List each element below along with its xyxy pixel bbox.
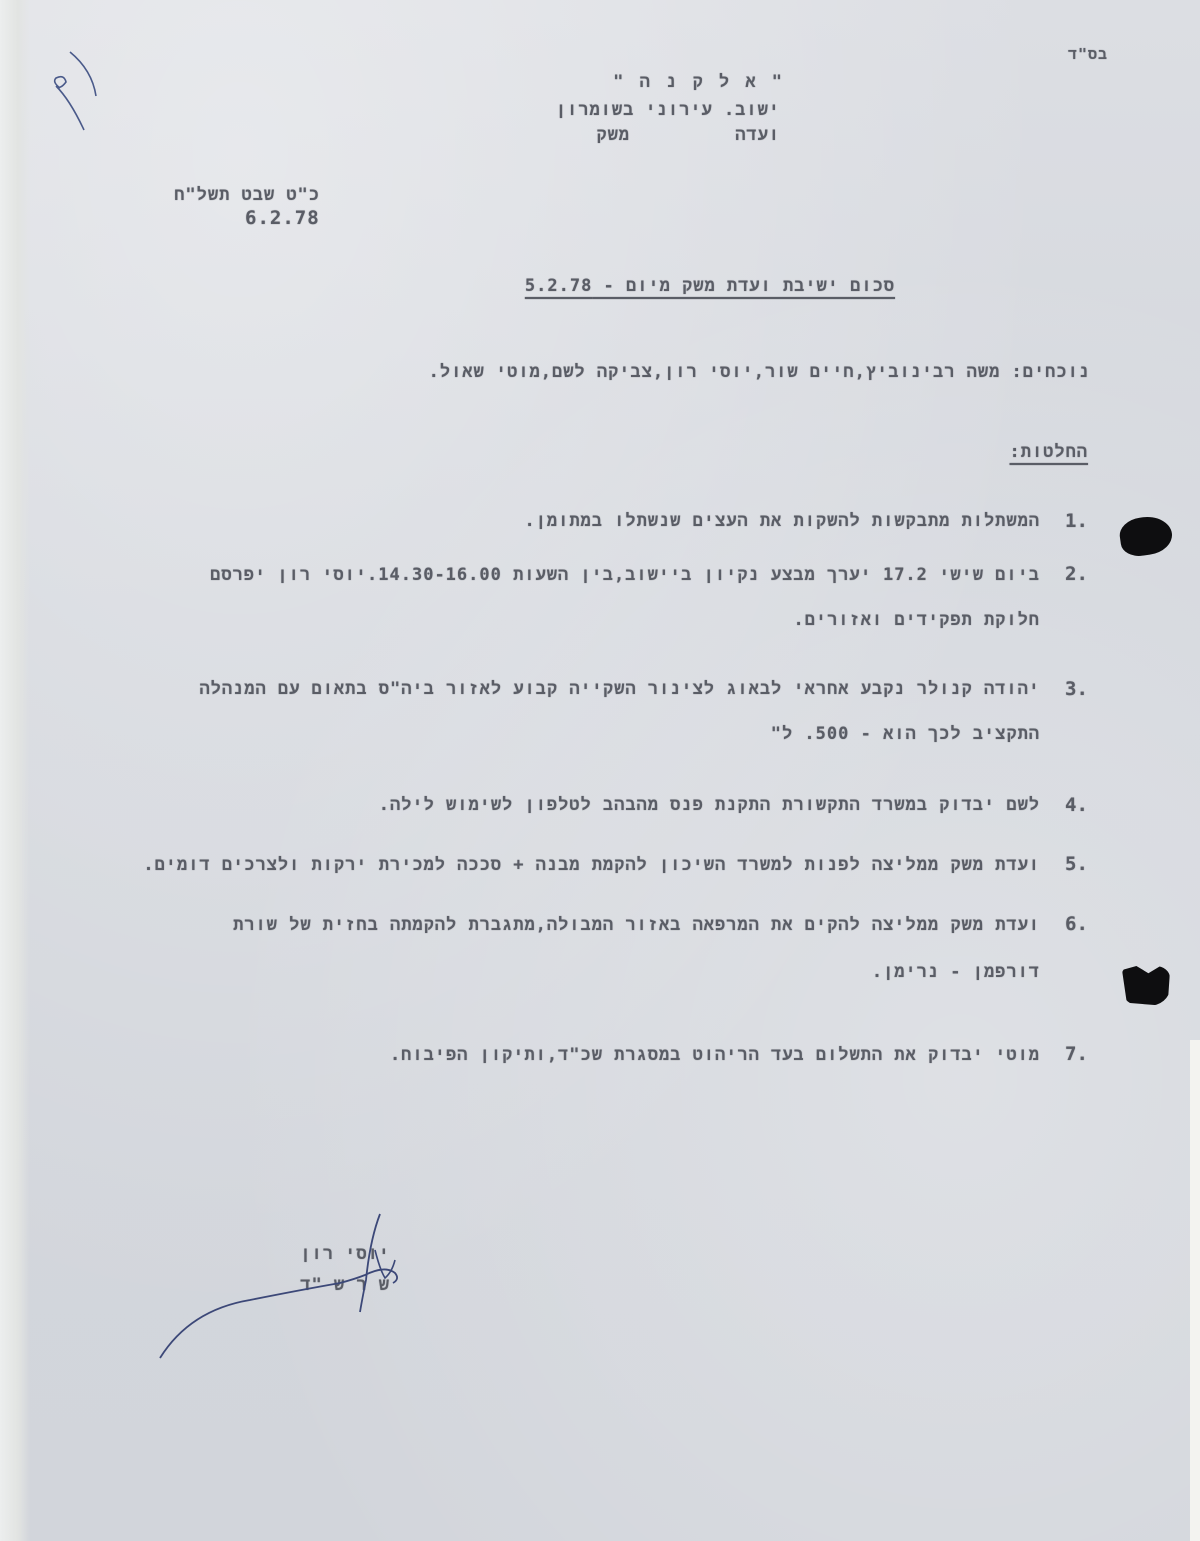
item-number: 5.: [1065, 853, 1088, 875]
letterhead-subtitle: ישוב. עירוני בשומרון: [556, 100, 780, 121]
attendees-line: נוכחים: משה רבינוביץ,חיים שור,יוסי רון,צ…: [429, 362, 1090, 383]
item-number: 4.: [1065, 794, 1088, 816]
attendees-label: נוכחים:: [1012, 362, 1090, 382]
decision-item-2-line-1: ביום שישי 17.2 יערך מבצע נקיון ביישוב,בי…: [210, 565, 1040, 586]
decision-item-2-line-2: חלוקת תפקידים ואזורים.: [793, 610, 1040, 631]
date-gregorian: 6.2.78: [245, 207, 320, 229]
item-number: 7.: [1065, 1043, 1088, 1065]
date-hebrew: כ"ט שבט תשל"ח: [174, 185, 320, 206]
decision-item-3-line-1: יהודה קנולר נקבע אחראי לבאוג לצינור השקי…: [199, 679, 1040, 700]
item-number: 6.: [1065, 913, 1088, 935]
punch-hole-mark: [1122, 966, 1170, 1006]
signature-typed-role: ש ר ש "ד: [300, 1275, 390, 1296]
handwriting-ink: [0, 0, 1200, 1541]
decisions-heading: החלטות:: [1010, 442, 1088, 463]
letterhead-committee-name: משק: [596, 125, 630, 146]
letterhead-name: " א ל ק נ ה ": [613, 72, 785, 93]
decision-item-7: מוטי יבדוק את התשלום בעד הריהוט במסגרת ש…: [390, 1045, 1040, 1066]
margin-note-stroke: [55, 77, 84, 130]
attendees-list: משה רבינוביץ,חיים שור,יוסי רון,צביקה לשם…: [429, 362, 1001, 382]
document-page: בס"ד " א ל ק נ ה " ישוב. עירוני בשומרון …: [0, 0, 1200, 1541]
decision-item-6-line-1: ועדת משק ממליצה להקים את המרפאה באזור המ…: [233, 915, 1040, 936]
decision-item-3-line-2: התקציב לכך הוא - 500. ל": [771, 724, 1040, 745]
decision-item-5: ועדת משק ממליצה לפנות למשרד השיכון להקמת…: [143, 855, 1040, 876]
decision-item-4: לשם יבדוק במשרד התקשורת התקנת פנס מהבהב …: [379, 795, 1040, 816]
signature-typed-name: יוסי רון: [300, 1244, 390, 1265]
decision-item-1: המשתלות מתבקשות להשקות את העצים שנשתלו ב…: [524, 511, 1040, 532]
page-title: סכום ישיבת ועדת משק מיום - 5.2.78: [525, 276, 895, 297]
margin-note-stroke: [70, 52, 96, 96]
item-number: 3.: [1065, 678, 1088, 700]
punch-hole-mark: [1118, 514, 1175, 559]
paper-edge-right: [1190, 1040, 1200, 1541]
paper-edge-strip: [0, 0, 30, 1541]
classification-mark: בס"ד: [1068, 45, 1108, 64]
letterhead-committee: ועדה: [735, 125, 780, 146]
item-number: 2.: [1065, 563, 1088, 585]
decision-item-6-line-2: דורפמן - נרימן.: [872, 962, 1040, 983]
item-number: 1.: [1065, 510, 1088, 532]
